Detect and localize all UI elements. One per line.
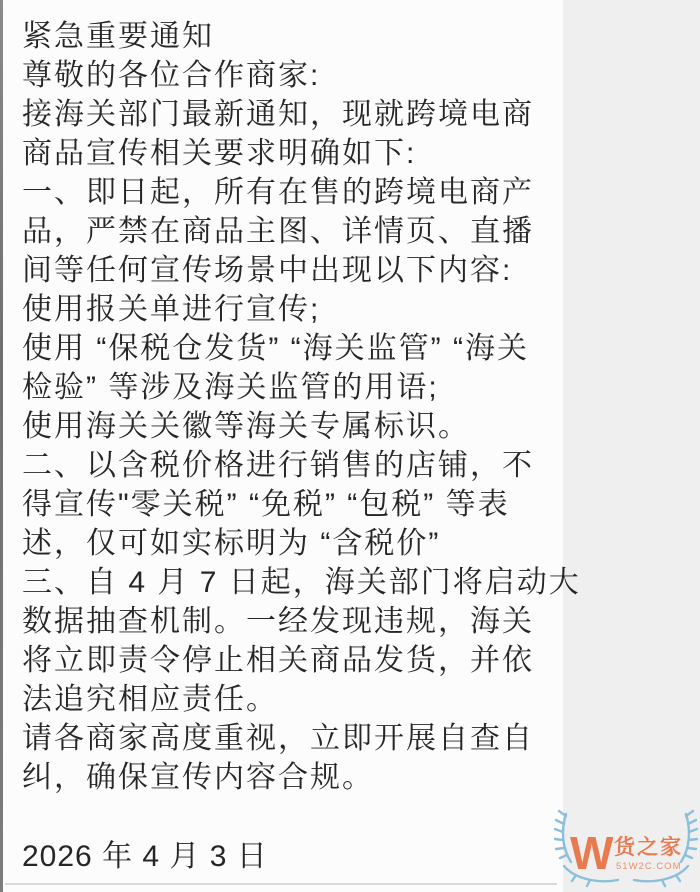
notice-line: 检验” 等涉及海关监管的用语; bbox=[22, 368, 557, 407]
notice-date: 2026 年 4 月 3 日 bbox=[22, 837, 557, 876]
screenshot-canvas: 紧急重要通知尊敬的各位合作商家:接海关部门最新通知，现就跨境电商商品宣传相关要求… bbox=[0, 0, 700, 892]
photo-left-edge bbox=[0, 0, 3, 892]
notice-line: 将立即责令停止相关商品发货，并依 bbox=[22, 641, 557, 680]
notice-line: 三、自 4 月 7 日起，海关部门将启动大 bbox=[22, 563, 557, 602]
watermark-brand-text: 货之家 bbox=[614, 837, 683, 858]
notice-line: 尊敬的各位合作商家: bbox=[22, 56, 557, 95]
watermark-domain-text: 51W2C.COM bbox=[616, 862, 681, 872]
notice-lines: 紧急重要通知尊敬的各位合作商家:接海关部门最新通知，现就跨境电商商品宣传相关要求… bbox=[22, 17, 557, 797]
notice-line: 一、即日起，所有在售的跨境电商产 bbox=[22, 173, 557, 212]
notice-line: 述，仅可如实标明为 “含税价” bbox=[22, 524, 557, 563]
notice-line: 请各商家高度重视，立即开展自查自 bbox=[22, 719, 557, 758]
notice-line: 商品宣传相关要求明确如下: bbox=[22, 134, 557, 173]
notice-line: 间等任何宣传场景中出现以下内容: bbox=[22, 251, 557, 290]
notice-line: 品，严禁在商品主图、详情页、直播 bbox=[22, 212, 557, 251]
notice-line: 法追究相应责任。 bbox=[22, 680, 557, 719]
watermark: W 货之家 51W2C.COM bbox=[554, 808, 698, 888]
notice-line: 紧急重要通知 bbox=[22, 17, 557, 56]
paper-bottom-shadow bbox=[5, 883, 557, 885]
notice-line: 二、以含税价格进行销售的店铺，不 bbox=[22, 446, 557, 485]
notice-line: 使用海关关徽等海关专属标识。 bbox=[22, 407, 557, 446]
notice-line: 纠，确保宣传内容合规。 bbox=[22, 758, 557, 797]
notice-line: 使用报关单进行宣传; bbox=[22, 290, 557, 329]
notice-line: 得宣传"零关税” “免税” “包税” 等表 bbox=[22, 485, 557, 524]
notice-line: 使用 “保税仓发货” “海关监管” “海关 bbox=[22, 329, 557, 368]
notice-line: 数据抽查机制。一经发现违规，海关 bbox=[22, 602, 557, 641]
notice-text-block: 紧急重要通知尊敬的各位合作商家:接海关部门最新通知，现就跨境电商商品宣传相关要求… bbox=[22, 17, 557, 876]
notice-line: 接海关部门最新通知，现就跨境电商 bbox=[22, 95, 557, 134]
watermark-w-logo: W bbox=[570, 830, 613, 876]
